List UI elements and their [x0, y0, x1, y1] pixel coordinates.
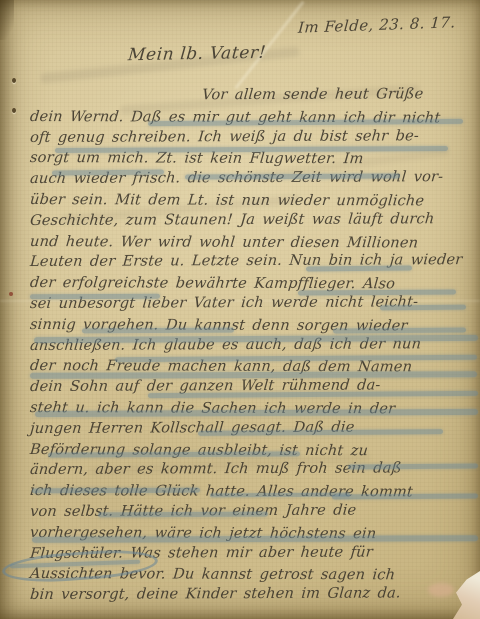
dateline: Im Felde, 23. 8. 17. [298, 13, 457, 37]
letter-line: auch wieder frisch. die schönste Zeit wi… [29, 167, 475, 190]
letter-line: sei unbesorgt lieber Vater ich werde nic… [29, 292, 475, 315]
ink-speck [9, 292, 13, 296]
salutation: Mein lb. Vater! [127, 43, 267, 65]
letter-line: jungen Herren Kollschall gesagt. Daß die [29, 417, 475, 440]
letter-line: von selbst. Hätte ich vor einem Jahre di… [29, 500, 475, 523]
letter-page: Im Felde, 23. 8. 17. Mein lb. Vater! Vor… [0, 0, 480, 619]
letter-body: Vor allem sende heut Grüße dein Wernd. D… [30, 86, 474, 606]
letter-line: bin versorgt, deine Kinder stehen im Gla… [29, 583, 475, 606]
letter-line: dein Sohn auf der ganzen Welt rühmend da… [29, 375, 475, 398]
pinhole [12, 108, 16, 113]
letter-line: Geschichte, zum Staunen! Ja weißt was lä… [29, 209, 475, 232]
pinhole [12, 78, 16, 83]
letter-line: Leuten der Erste u. Letzte sein. Nun bin… [29, 250, 475, 273]
letter-line: Vor allem sende heut Grüße [29, 84, 475, 107]
letter-line: anschließen. Ich glaube es auch, daß ich… [29, 334, 475, 357]
letter-line: ändern, aber es kommt. Ich muß froh sein… [29, 458, 475, 481]
torn-edge-top-left [0, 0, 14, 40]
pink-smudge [428, 583, 454, 597]
letter-line: oft genug schreiben. Ich weiß ja du bist… [29, 126, 475, 149]
letter-line: Flugschüler. Was stehen mir aber heute f… [29, 542, 475, 565]
